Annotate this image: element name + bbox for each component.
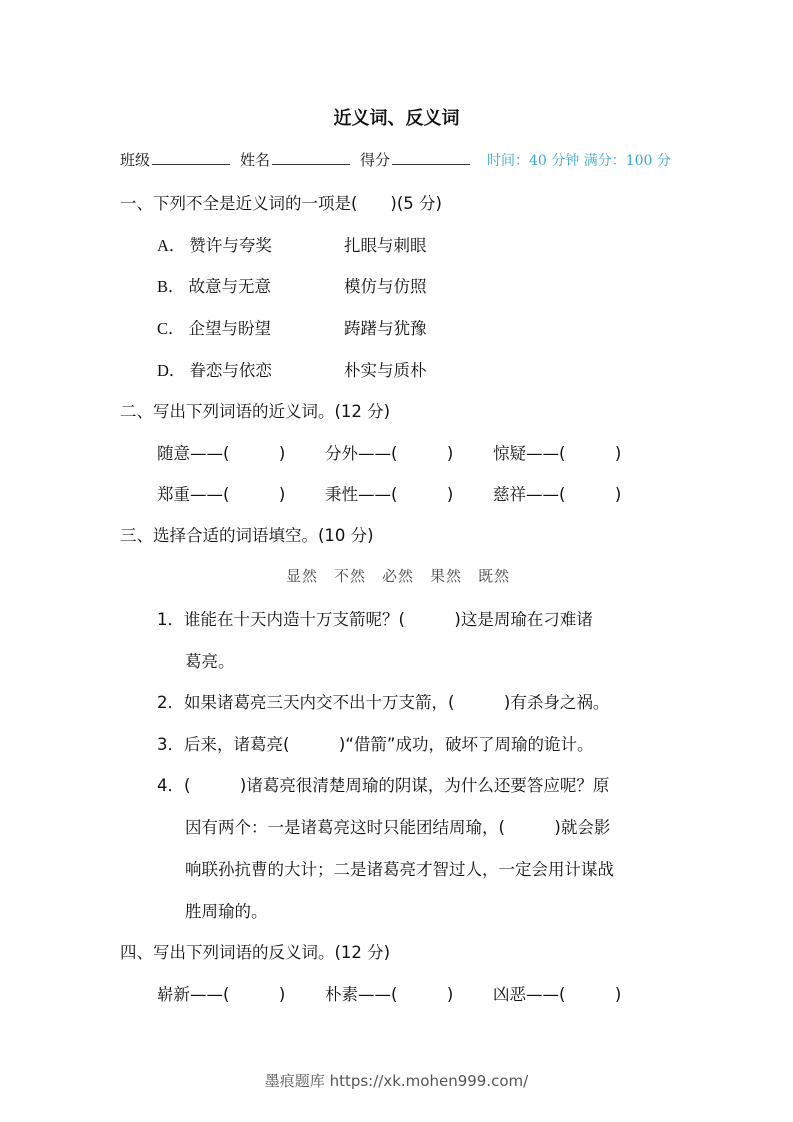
- option-b: B．故意与无意: [157, 273, 271, 297]
- synonym-item[interactable]: 秉性——( ): [325, 481, 453, 505]
- option-a: A．赞许与夸奖: [157, 232, 272, 256]
- antonym-item[interactable]: 崭新——( ): [157, 981, 285, 1005]
- antonym-item[interactable]: 朴素——( ): [325, 981, 453, 1005]
- option-letter: C．: [157, 319, 185, 338]
- footer-watermark: 墨痕题库 https://xk.mohen999.com/: [0, 1070, 793, 1091]
- synonym-item[interactable]: 郑重——( ): [157, 481, 285, 505]
- section-3-heading: 三、选择合适的词语填空。(10 分): [120, 522, 374, 546]
- synonym-item[interactable]: 惊疑——( ): [493, 440, 621, 464]
- class-field: 班级: [120, 149, 230, 170]
- antonym-item[interactable]: 凶恶——( ): [493, 981, 621, 1005]
- option-b-right: 模仿与仿照: [344, 273, 427, 297]
- synonym-item[interactable]: 随意——( ): [157, 440, 285, 464]
- option-left: 眷恋与依恋: [189, 361, 272, 380]
- fill-item-4-cont[interactable]: 因有两个：一是诸葛亮这时只能团结周瑜，( )就会影: [185, 814, 610, 838]
- fill-item-2[interactable]: 2．如果诸葛亮三天内交不出十万支箭，( )有杀身之祸。: [157, 689, 609, 713]
- section-1-heading: 一、下列不全是近义词的一项是( )(5 分): [120, 190, 442, 214]
- option-d: D．眷恋与依恋: [157, 357, 272, 381]
- synonym-item[interactable]: 慈祥——( ): [493, 481, 621, 505]
- word-bank-item: 既然: [478, 567, 510, 585]
- option-letter: B．: [157, 277, 185, 296]
- fill-item-1-cont: 葛亮。: [185, 648, 235, 672]
- section-2-heading: 二、写出下列词语的近义词。(12 分): [120, 398, 390, 422]
- fill-item-3[interactable]: 3．后来，诸葛亮( )“借箭”成功，破坏了周瑜的诡计。: [157, 731, 593, 755]
- word-bank-item: 不然: [334, 567, 366, 585]
- option-letter: A．: [157, 236, 185, 255]
- name-label: 姓名: [240, 151, 270, 169]
- option-c-right: 踌躇与犹豫: [344, 315, 427, 339]
- name-field: 姓名: [240, 149, 350, 170]
- fill-item-4-cont: 胜周瑜的。: [185, 898, 268, 922]
- word-bank-item: 必然: [382, 567, 414, 585]
- score-label: 得分: [360, 151, 390, 169]
- option-left: 赞许与夸奖: [189, 236, 272, 255]
- option-c: C．企望与盼望: [157, 315, 271, 339]
- fill-item-4-cont: 响联孙抗曹的大计；二是诸葛亮才智过人，一定会用计谋战: [185, 856, 614, 880]
- option-letter: D．: [157, 361, 185, 380]
- option-left: 企望与盼望: [189, 319, 272, 338]
- score-blank[interactable]: [392, 150, 470, 165]
- word-bank-item: 显然: [286, 567, 318, 585]
- name-blank[interactable]: [272, 150, 350, 165]
- option-d-right: 朴实与质朴: [344, 357, 427, 381]
- fill-item-4[interactable]: 4．( )诸葛亮很清楚周瑜的阴谋，为什么还要答应呢？原: [157, 772, 609, 796]
- exam-meta: 时间：40 分钟 满分：100 分: [487, 150, 671, 170]
- option-a-right: 扎眼与刺眼: [344, 232, 427, 256]
- fill-item-1[interactable]: 1．谁能在十天内造十万支箭呢？( )这是周瑜在刁难诸: [157, 606, 593, 630]
- class-label: 班级: [120, 151, 150, 169]
- score-field: 得分: [360, 149, 470, 170]
- word-bank-item: 果然: [430, 567, 462, 585]
- section-4-heading: 四、写出下列词语的反义词。(12 分): [120, 939, 390, 963]
- option-left: 故意与无意: [189, 277, 272, 296]
- page-title: 近义词、反义词: [0, 104, 793, 130]
- class-blank[interactable]: [152, 150, 230, 165]
- synonym-item[interactable]: 分外——( ): [325, 440, 453, 464]
- word-bank: 显然不然必然果然既然: [278, 565, 518, 586]
